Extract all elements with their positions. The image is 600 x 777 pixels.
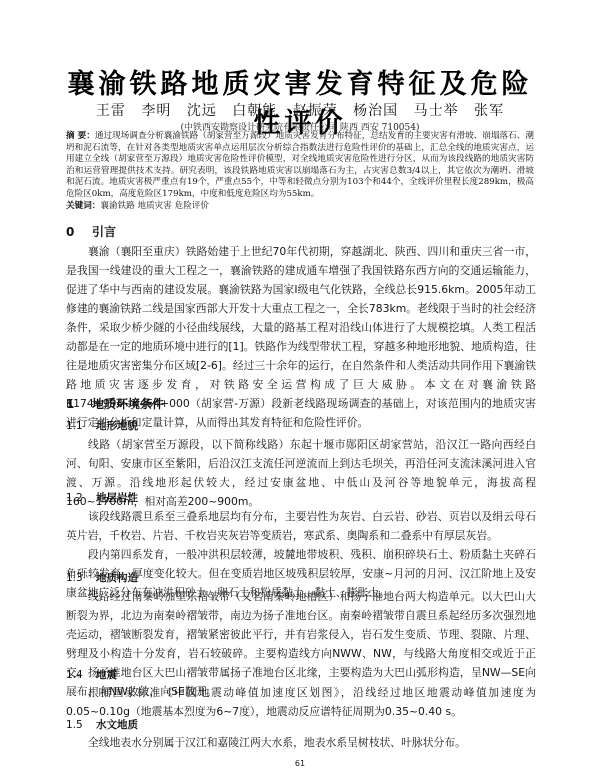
subsection-number: 1.3 — [66, 572, 96, 584]
author-list: 王雷 李明 沈远 白朝能 赵振荣 杨治国 马士举 张军 — [60, 100, 540, 120]
subsection-title: 水文地质 — [96, 719, 138, 731]
subsection-heading-stratigraphy: 1.2地层岩性 — [66, 490, 138, 505]
page-number: 61 — [0, 759, 600, 768]
paper-page: 襄渝铁路地质灾害发育特征及危险性评价 王雷 李明 沈远 白朝能 赵振荣 杨治国 … — [0, 0, 600, 777]
paragraph: 该段线路震旦系至三叠系地层均有分布，主要岩性为灰岩、白云岩、砂岩、页岩以及绢云母… — [66, 507, 536, 545]
subsection-title: 地层岩性 — [96, 492, 138, 504]
subsection-heading-tectonics: 1.3地质构造 — [66, 570, 138, 585]
abstract: 摘 要：通过现场调查分析襄渝铁路（胡家营至万源段）地质灾害发育分布特征，总结发育… — [66, 131, 534, 201]
keywords-text: 襄渝铁路 地质灾害 危险评价 — [100, 201, 209, 211]
keywords: 关键词：襄渝铁路 地质灾害 危险评价 — [66, 201, 534, 212]
subsection-title: 地形地貌 — [96, 420, 138, 432]
subsection-heading-hydrogeology: 1.5水文地质 — [66, 717, 138, 732]
section-title: 引言 — [92, 225, 116, 239]
subsection-number: 1.5 — [66, 719, 96, 731]
keywords-label: 关键词： — [66, 201, 100, 211]
abstract-label: 摘 要： — [66, 131, 95, 141]
subsection-number: 1.1 — [66, 420, 96, 432]
earthquake-body: 根据国家标准《中国地震动峰值加速度区划图》，沿线经过地区地震动峰值加速度为0.0… — [66, 683, 536, 721]
section-heading-introduction: 0引言 — [66, 223, 116, 240]
section-number: 0 — [66, 225, 92, 239]
subsection-heading-earthquake: 1.4地震 — [66, 667, 117, 682]
section-number: 1 — [66, 397, 92, 411]
section-title: 地质环境条件 — [92, 397, 164, 411]
paragraph: 全线地表水分别属于汉江和嘉陵江两大水系，地表水系呈树枝状、叶脉状分布。 — [66, 733, 536, 752]
section-heading-geological-environment: 1地质环境条件 — [66, 395, 164, 412]
subsection-heading-topography: 1.1地形地貌 — [66, 418, 138, 433]
subsection-number: 1.2 — [66, 492, 96, 504]
hydrogeology-body: 全线地表水分别属于汉江和嘉陵江两大水系，地表水系呈树枝状、叶脉状分布。 — [66, 733, 536, 752]
subsection-number: 1.4 — [66, 669, 96, 681]
paragraph: 根据国家标准《中国地震动峰值加速度区划图》，沿线经过地区地震动峰值加速度为0.0… — [66, 683, 536, 721]
abstract-text: 通过现场调查分析襄渝铁路（胡家营至万源段）地质灾害发育分布特征，总结发育的主要灾… — [66, 131, 534, 199]
subsection-title: 地质构造 — [96, 572, 138, 584]
subsection-title: 地震 — [96, 669, 117, 681]
